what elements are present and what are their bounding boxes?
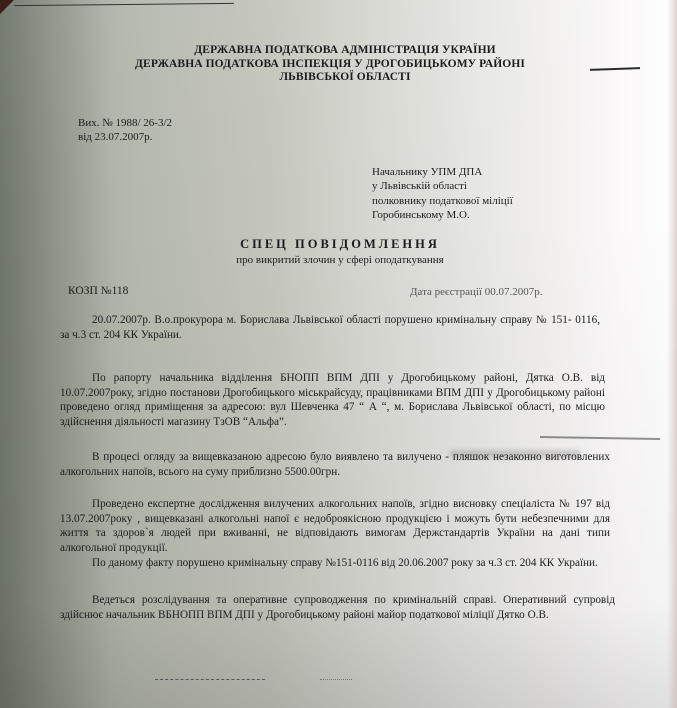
letterhead-line-2: ДЕРЖАВНА ПОДАТКОВА ІНСПЕКЦІЯ У ДРОГОБИЦЬ… <box>90 58 570 70</box>
signature-mark <box>320 679 352 682</box>
paragraph-inspection: По рапорту начальника відділення БНОПП В… <box>60 371 605 429</box>
paragraph-text: По рапорту начальника відділення БНОПП В… <box>60 371 605 429</box>
paragraph-text: Проведено експертне дослідження вилучени… <box>60 497 610 555</box>
paper-fold-mark <box>540 436 660 440</box>
paragraph-criminal-case: 20.07.2007р. В.о.прокурора м. Борислава … <box>60 313 600 342</box>
document-subtitle: про викритий злочин у сфері оподаткуванн… <box>190 254 490 266</box>
header-rule <box>590 67 640 71</box>
addressee-line-1: Начальнику УПМ ДПА <box>372 166 482 178</box>
letterhead-line-1: ДЕРЖАВНА ПОДАТКОВА АДМІНІСТРАЦІЯ УКРАЇНИ <box>150 44 540 56</box>
paragraph-investigation: Ведеться розслідування та оперативне суп… <box>60 593 615 622</box>
photo-edge-right <box>667 0 677 708</box>
paragraph-text: 20.07.2007р. В.о.прокурора м. Борислава … <box>60 313 600 342</box>
document-title: СПЕЦ ПОВІДОМЛЕННЯ <box>190 237 490 252</box>
addressee-line-3: полковнику податкової міліції <box>372 195 513 207</box>
paper-top-edge <box>14 3 234 6</box>
addressee-line-4: Горобинському М.О. <box>372 209 470 221</box>
outgoing-number: Вих. № 1988/ 26-3/2 <box>78 117 172 129</box>
photo-corner <box>0 0 14 14</box>
paragraph-expert-study: Проведено експертне дослідження вилучени… <box>60 497 610 555</box>
letterhead-line-3: ЛЬВІВСЬКОЇ ОБЛАСТІ <box>150 71 540 83</box>
signature-line <box>155 679 265 682</box>
registration-number: КОЗП №118 <box>68 285 128 297</box>
outgoing-date: від 23.07.2007р. <box>78 131 152 143</box>
paragraph-text: По даному факту порушено кримінальну спр… <box>60 556 612 571</box>
registration-date: Дата реєстрації 00.07.2007р. <box>410 286 542 298</box>
paragraph-text: Ведеться розслідування та оперативне суп… <box>60 593 615 622</box>
paragraph-text: В процесі огляду за вищевказаною адресою… <box>60 450 610 479</box>
addressee-line-2: у Львівській області <box>372 180 467 192</box>
paragraph-seizure: В процесі огляду за вищевказаною адресою… <box>60 450 610 479</box>
paragraph-case-opened: По даному факту порушено кримінальну спр… <box>60 556 612 571</box>
